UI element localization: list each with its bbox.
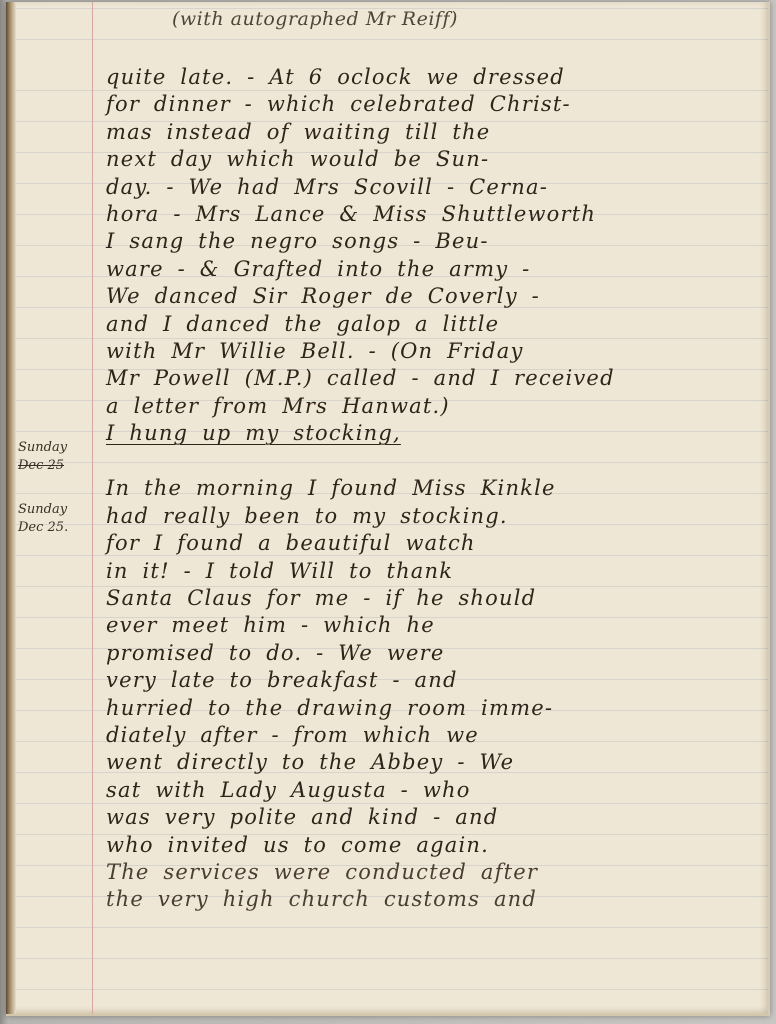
text-line: ware - & Grafted into the army - <box>106 256 766 283</box>
margin-note-date-struck: Dec 25 <box>18 458 98 474</box>
entry-2: In the morning I found Miss Kinkle had r… <box>106 475 766 913</box>
text-line: Santa Claus for me - if he should <box>106 585 766 612</box>
entry-gap <box>106 447 766 475</box>
text-line: in it! - I told Will to thank <box>106 558 766 585</box>
text-line: went directly to the Abbey - We <box>106 749 766 776</box>
text-line: with Mr Willie Bell. - (On Friday <box>106 338 766 365</box>
text-line: and I danced the galop a little <box>106 311 766 338</box>
text-line: hora - Mrs Lance & Miss Shuttleworth <box>106 201 766 228</box>
page-binding-edge <box>6 2 16 1014</box>
text-line: who invited us to come again. <box>106 832 766 859</box>
text-line: diately after - from which we <box>106 722 766 749</box>
diary-page: (with autographed Mr Reiff) Sunday Dec 2… <box>6 2 770 1016</box>
text-line: hurried to the drawing room imme- <box>106 695 766 722</box>
text-line-underlined: I hung up my stocking, <box>106 420 766 447</box>
text-line: promised to do. - We were <box>106 640 766 667</box>
margin-note-date: Dec 25. <box>18 520 98 536</box>
text-line: the very high church customs and <box>106 886 766 913</box>
text-line: very late to breakfast - and <box>106 667 766 694</box>
text-line: I sang the negro songs - Beu- <box>106 228 766 255</box>
text-line: day. - We had Mrs Scovill - Cerna- <box>106 174 766 201</box>
diary-text: quite late. - At 6 oclock we dressed for… <box>106 64 766 914</box>
text-line: was very polite and kind - and <box>106 804 766 831</box>
text-line: had really been to my stocking. <box>106 503 766 530</box>
header-note: (with autographed Mr Reiff) <box>172 8 458 30</box>
text-line: quite late. - At 6 oclock we dressed <box>106 64 766 91</box>
text-line: We danced Sir Roger de Coverly - <box>106 283 766 310</box>
text-line: Mr Powell (M.P.) called - and I received <box>106 365 766 392</box>
text-line: sat with Lady Augusta - who <box>106 777 766 804</box>
text-line: The services were conducted after <box>106 859 766 886</box>
text-line: next day which would be Sun- <box>106 146 766 173</box>
margin-note-sunday-2: Sunday <box>18 502 98 518</box>
text-line: for dinner - which celebrated Christ- <box>106 91 766 118</box>
text-line: a letter from Mrs Hanwat.) <box>106 393 766 420</box>
text-line: for I found a beautiful watch <box>106 530 766 557</box>
entry-1: quite late. - At 6 oclock we dressed for… <box>106 64 766 447</box>
text-line: In the morning I found Miss Kinkle <box>106 475 766 502</box>
text-line: ever meet him - which he <box>106 612 766 639</box>
text-line: mas instead of waiting till the <box>106 119 766 146</box>
margin-note-sunday-1: Sunday <box>18 440 98 456</box>
